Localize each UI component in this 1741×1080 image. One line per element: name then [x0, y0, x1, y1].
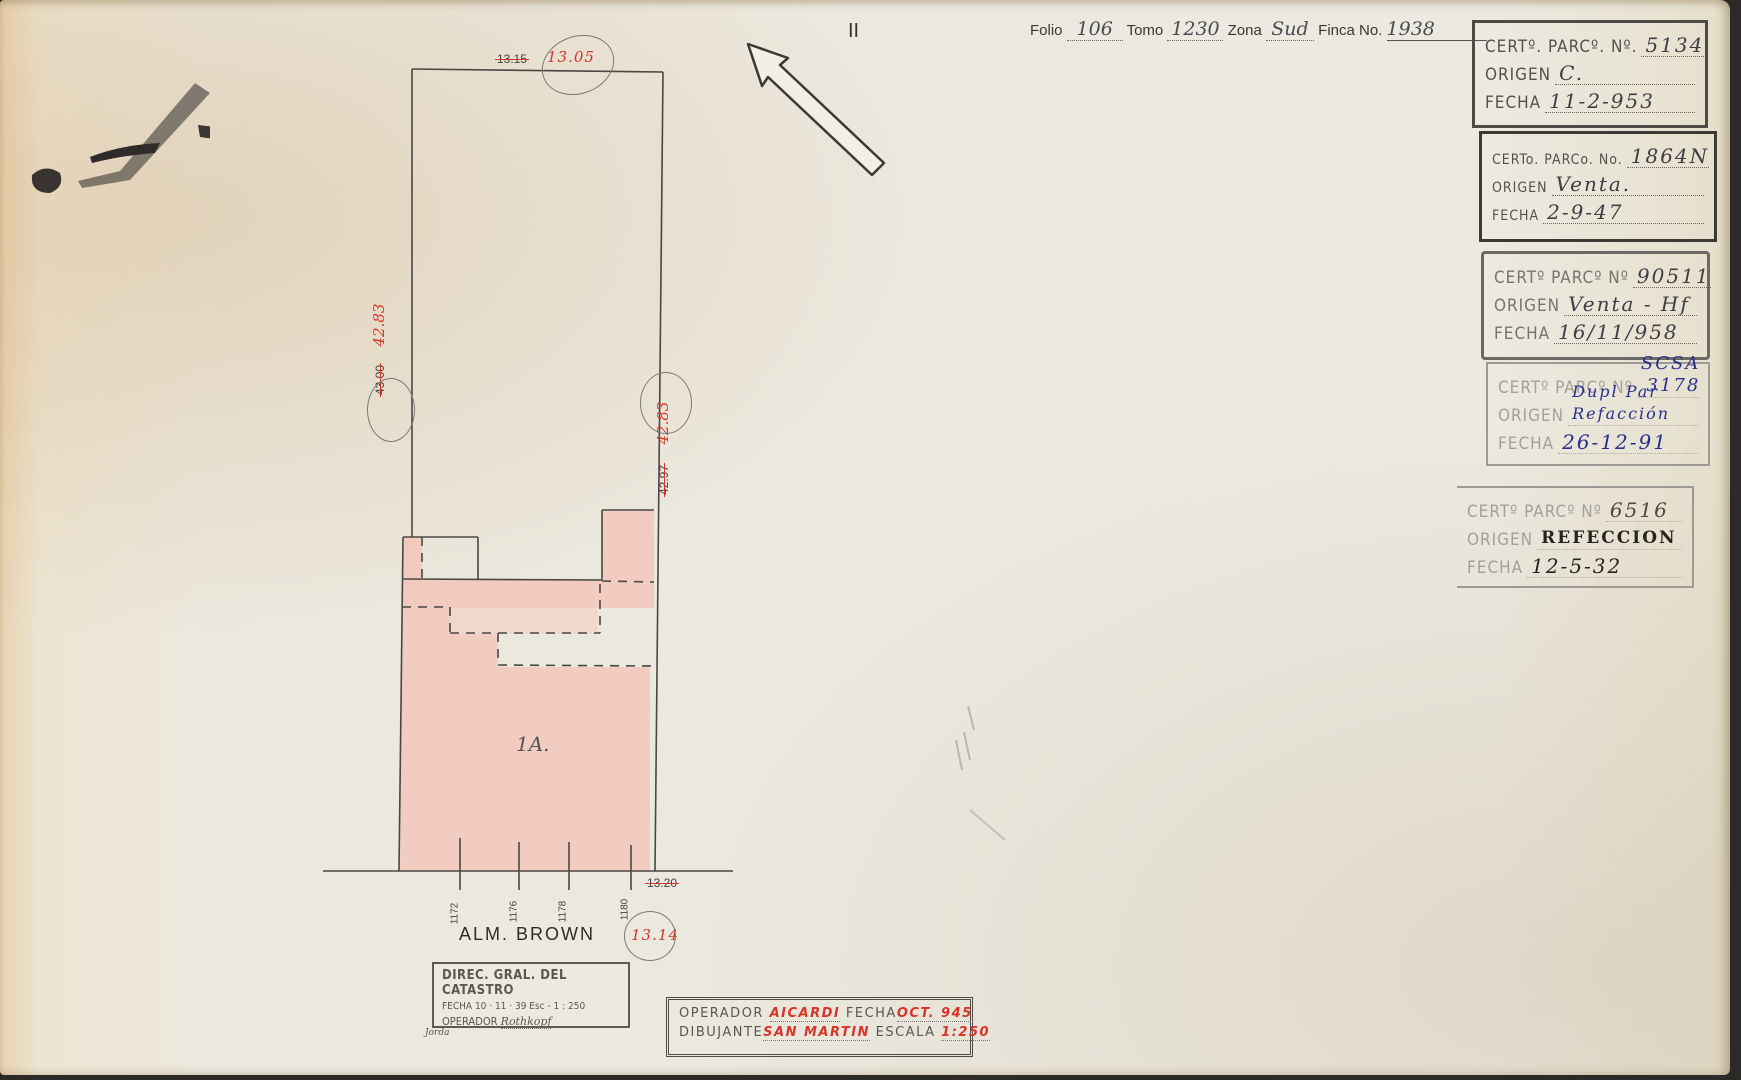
catastro-stamp: DIREC. GRAL. DEL CATASTRO FECHA 10 · 11 … — [432, 962, 630, 1028]
catastro-title: DIREC. GRAL. DEL CATASTRO — [442, 968, 620, 998]
cert-stamp-3: CERTº PARCº Nº90511 ORIGENVenta - Hf FEC… — [1481, 251, 1710, 360]
circle-mark — [367, 378, 415, 442]
cert-stamp-4: CERTº PARCº NºSCSA 3178 ORIGENDupl Par R… — [1486, 362, 1710, 466]
circle-mark — [640, 372, 692, 434]
folio-label: Folio — [1030, 22, 1063, 39]
cert-stamp-5: CERTº PARCº Nº6516 ORIGENREFECCION FECHA… — [1457, 486, 1694, 588]
street-number: 1172 — [449, 903, 460, 925]
folio-value: 106 — [1067, 18, 1123, 41]
dim-bottom-original: 13.20 — [647, 874, 677, 892]
cert-stamp-2: CERTo. PARCo. No.1864N ORIGENVenta. FECH… — [1479, 131, 1717, 242]
parcel-plan — [0, 0, 760, 960]
street-number: 1176 — [508, 901, 519, 923]
zona-label: Zona — [1228, 22, 1262, 39]
operador-stamp: OPERADOR AICARDI FECHAOCT. 945 DIBUJANTE… — [666, 997, 973, 1057]
street-name: ALM. BROWN — [459, 924, 595, 945]
north-arrow-icon — [744, 40, 894, 180]
cert-stamp-1: CERTº. PARCº. Nº.5134 ORIGENC. FECHA11-2… — [1472, 20, 1708, 128]
tomo-label: Tomo — [1127, 22, 1164, 39]
initials: Jorda — [425, 1028, 449, 1038]
dim-top-original: 13.15 — [497, 50, 527, 68]
lot-label: 1A. — [516, 732, 550, 756]
header-fields: Folio 106 Tomo 1230 Zona Sud Finca No. 1… — [1030, 18, 1487, 41]
tomo-value: 1230 — [1167, 18, 1223, 41]
zona-value: Sud — [1266, 18, 1314, 41]
street-number: 1180 — [619, 899, 630, 921]
catastro-fecha: FECHA 10 · 11 · 39 Esc - 1 : 250 — [442, 1001, 620, 1012]
pencil-mark-icon — [950, 700, 1020, 840]
catastro-operador: OPERADOR Rothkopf — [442, 1015, 620, 1028]
finca-label: Finca No. — [1318, 22, 1382, 39]
circle-mark — [624, 911, 676, 961]
street-number: 1178 — [557, 901, 568, 923]
document-sheet: II Folio 106 Tomo 1230 Zona Sud Finca No… — [0, 0, 1730, 1075]
